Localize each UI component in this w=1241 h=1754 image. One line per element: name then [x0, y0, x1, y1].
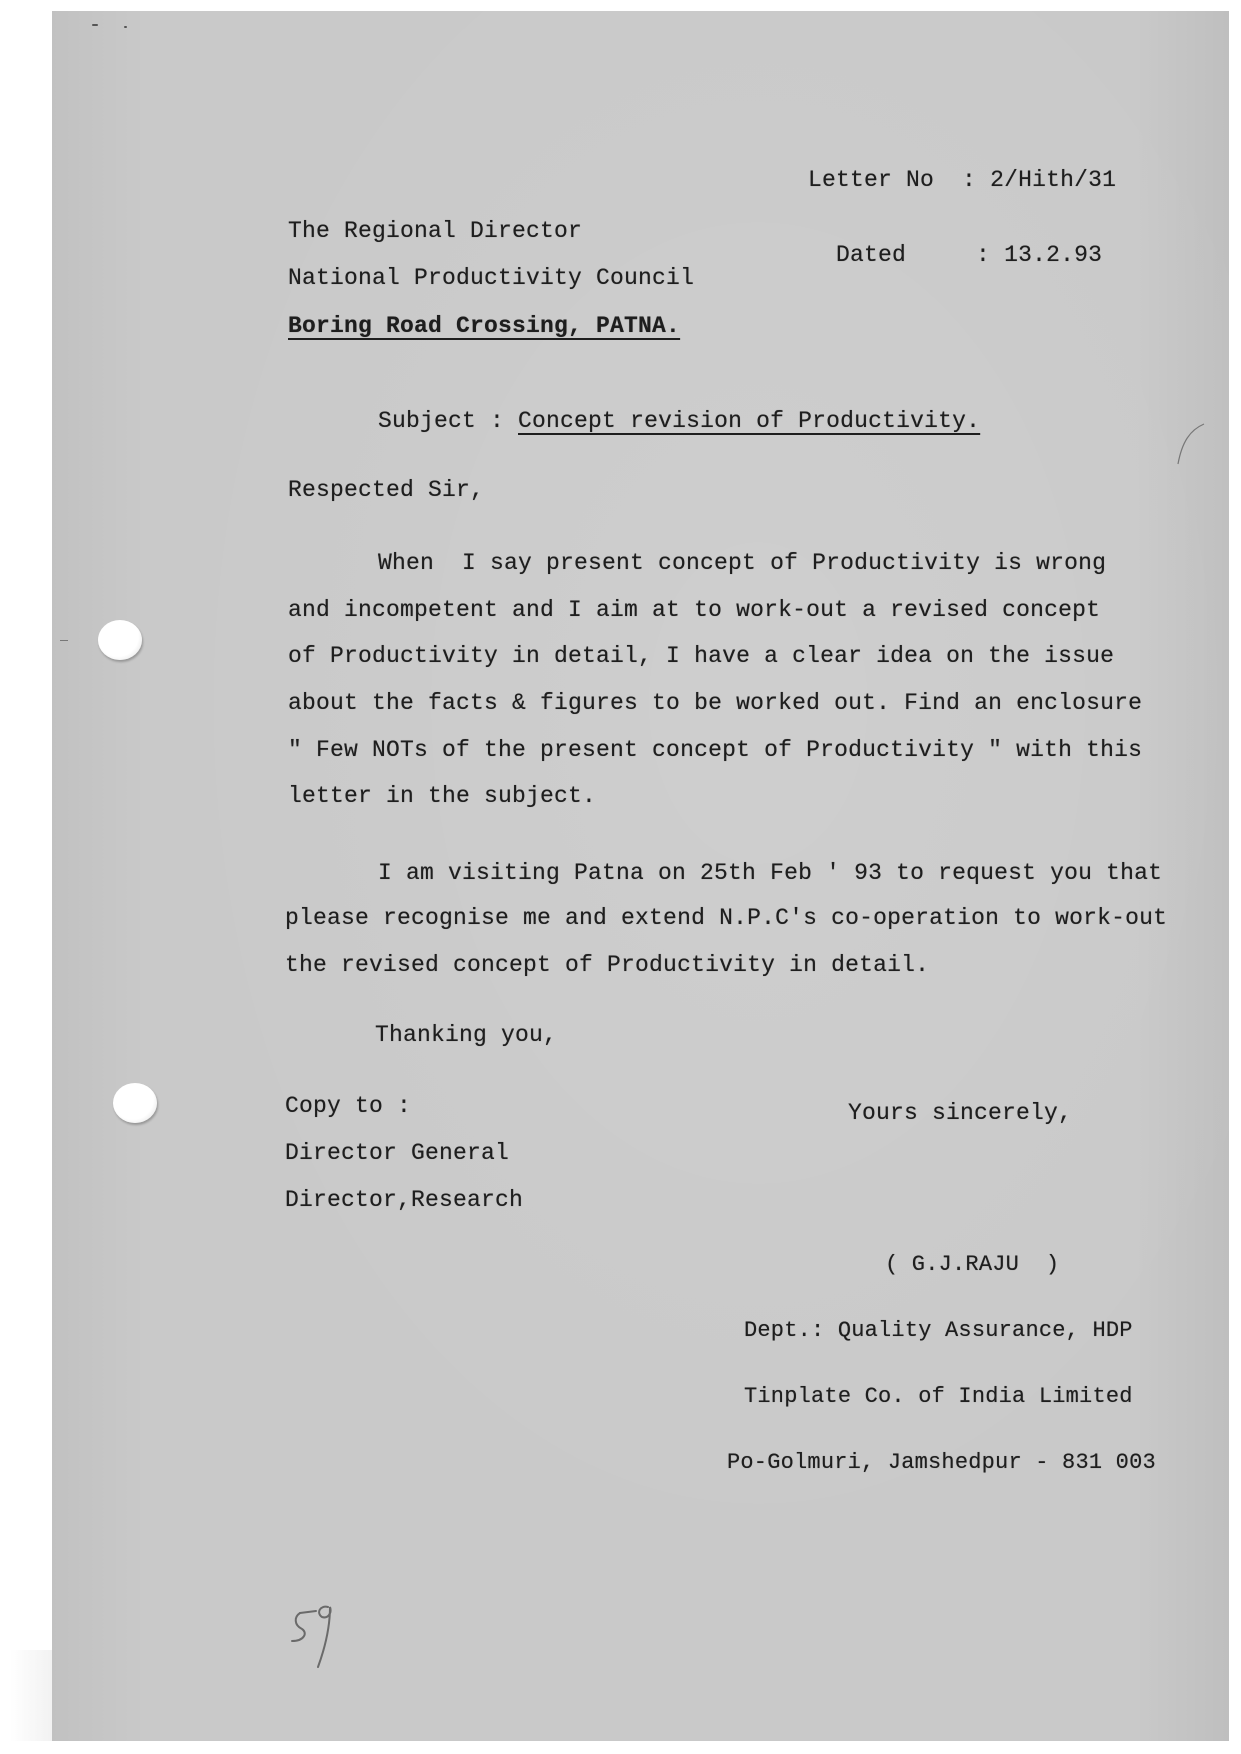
punch-hole-top	[98, 620, 142, 660]
margin-mark	[60, 640, 68, 641]
body-paragraph-1-line: When I say present concept of Productivi…	[378, 550, 1106, 576]
scan-edge-strip	[10, 1650, 52, 1741]
dated-label: Dated	[836, 242, 906, 268]
signatory-name: ( G.J.RAJU )	[727, 1254, 1156, 1276]
letter-no-row: Letter No : 2/Hith/31	[808, 168, 1116, 193]
copy-to-recipient: Director General	[285, 1140, 509, 1166]
pencil-mark	[1168, 420, 1208, 470]
recipient-line-2: National Productivity Council	[288, 265, 694, 291]
signatory-department: Dept.: Quality Assurance, HDP	[727, 1320, 1156, 1342]
scan-speck	[92, 24, 98, 26]
recipient-line-3: Boring Road Crossing, PATNA.	[288, 313, 680, 339]
copy-to-recipient: Director,Research	[285, 1187, 523, 1213]
recipient-line-1: The Regional Director	[288, 218, 582, 244]
letter-no-label: Letter No	[808, 167, 934, 193]
signatory-company: Tinplate Co. of India Limited	[727, 1386, 1156, 1408]
body-paragraph-2-line: the revised concept of Productivity in d…	[285, 952, 929, 978]
thanks-line: Thanking you,	[375, 1022, 557, 1048]
subject-line: Subject : Concept revision of Productivi…	[378, 408, 980, 434]
salutation: Respected Sir,	[288, 477, 484, 503]
valediction: Yours sincerely,	[848, 1100, 1072, 1126]
dated-value: 13.2.93	[1004, 242, 1102, 268]
subject-text: Concept revision of Productivity.	[518, 408, 980, 434]
dated-separator: :	[976, 242, 990, 268]
dated-row: Dated : 13.2.93	[808, 243, 1116, 268]
body-paragraph-1-line: about the facts & figures to be worked o…	[288, 690, 1142, 716]
punch-hole-bottom	[113, 1083, 157, 1123]
body-paragraph-2-line: please recognise me and extend N.P.C's c…	[285, 905, 1167, 931]
signature-block: ( G.J.RAJU ) Dept.: Quality Assurance, H…	[727, 1210, 1156, 1496]
letter-no-separator: :	[962, 167, 976, 193]
scan-speck	[124, 26, 127, 28]
body-paragraph-1-line: and incompetent and I aim at to work-out…	[288, 597, 1100, 623]
letter-no-value: 2/Hith/31	[990, 167, 1116, 193]
body-paragraph-2-line: I am visiting Patna on 25th Feb ' 93 to …	[378, 860, 1162, 886]
subject-label: Subject :	[378, 408, 504, 434]
body-paragraph-1-line: letter in the subject.	[288, 783, 596, 809]
handwritten-page-number: 59	[290, 1605, 350, 1675]
letter-reference-block: Letter No : 2/Hith/31 Dated : 13.2.93	[808, 118, 1116, 293]
copy-to-label: Copy to :	[285, 1093, 411, 1119]
body-paragraph-1-line: of Productivity in detail, I have a clea…	[288, 643, 1114, 669]
body-paragraph-1-line: " Few NOTs of the present concept of Pro…	[288, 737, 1142, 763]
signatory-address: Po-Golmuri, Jamshedpur - 831 003	[727, 1452, 1156, 1474]
